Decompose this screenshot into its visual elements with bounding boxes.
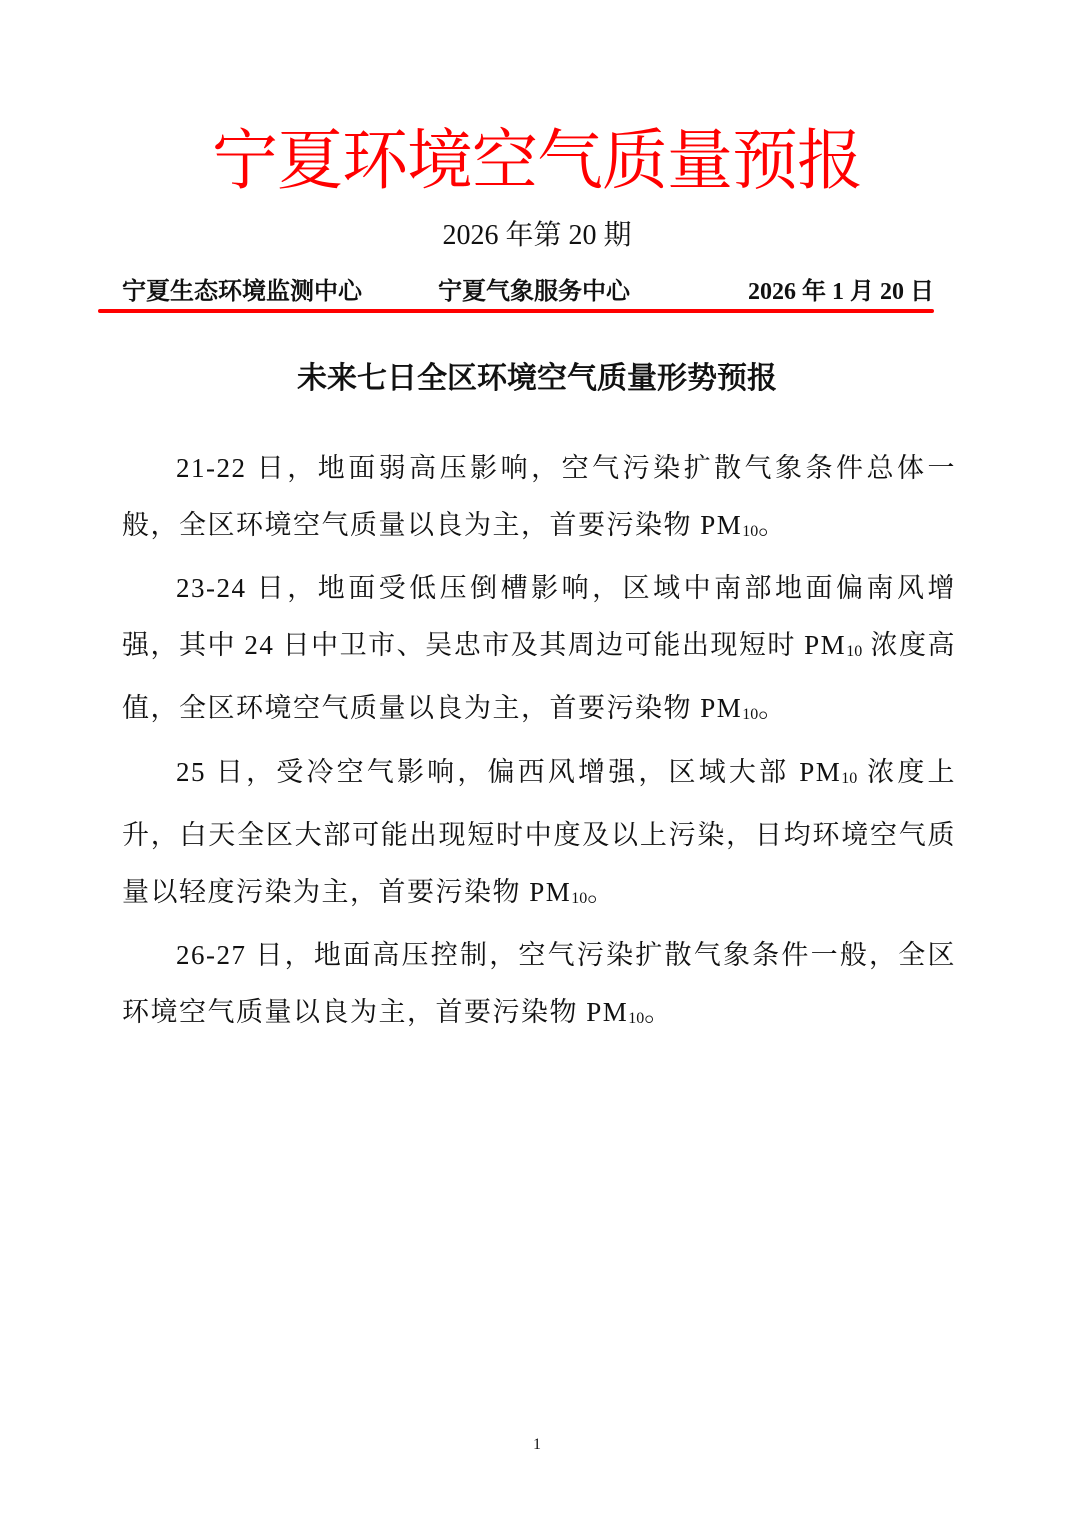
page-number: 1 <box>0 1437 1074 1453</box>
paragraph-23-24: 23-24 日，地面受低压倒槽影响，区域中南部地面偏南风增强，其中 24 日中卫… <box>122 560 956 744</box>
article-body: 21-22 日，地面弱高压影响，空气污染扩散气象条件总体一般，全区环境空气质量以… <box>122 440 956 1047</box>
issue-number: 2026 年第 20 期 <box>0 222 1074 250</box>
subscript: 10 <box>742 523 758 540</box>
subscript: 10 <box>846 643 862 660</box>
issuer-environment-center: 宁夏生态环境监测中心 <box>122 280 362 304</box>
subscript: 10 <box>628 1010 644 1027</box>
paragraph-26-27: 26-27 日，地面高压控制，空气污染扩散气象条件一般，全区环境空气质量以良为主… <box>122 927 956 1047</box>
subscript: 10 <box>742 706 758 723</box>
red-divider <box>98 309 934 313</box>
paragraph-21-22: 21-22 日，地面弱高压影响，空气污染扩散气象条件总体一般，全区环境空气质量以… <box>122 440 956 560</box>
paragraph-text: 。 <box>758 693 787 723</box>
subscript: 10 <box>841 770 857 787</box>
issue-date: 2026 年 1 月 20 日 <box>748 280 934 304</box>
paragraph-text: 。 <box>644 997 673 1027</box>
paragraph-text: 。 <box>758 510 787 540</box>
issuer-meteorological-center: 宁夏气象服务中心 <box>438 280 630 304</box>
paragraph-text: 。 <box>587 877 616 907</box>
paragraph-25: 25 日，受冷空气影响，偏西风增强，区域大部 PM10 浓度上升，白天全区大部可… <box>122 744 956 928</box>
paragraph-text: 25 日，受冷空气影响，偏西风增强，区域大部 PM <box>176 757 841 787</box>
masthead-title: 宁夏环境空气质量预报 <box>0 128 1074 194</box>
paragraph-text: 21-22 日，地面弱高压影响，空气污染扩散气象条件总体一般，全区环境空气质量以… <box>122 453 956 540</box>
paragraph-text: 26-27 日，地面高压控制，空气污染扩散气象条件一般，全区环境空气质量以良为主… <box>122 940 956 1027</box>
subscript: 10 <box>571 890 587 907</box>
article-title: 未来七日全区环境空气质量形势预报 <box>0 364 1074 394</box>
paragraph-text: 23-24 日，地面受低压倒槽影响，区域中南部地面偏南风增强，其中 24 日中卫… <box>122 573 956 660</box>
